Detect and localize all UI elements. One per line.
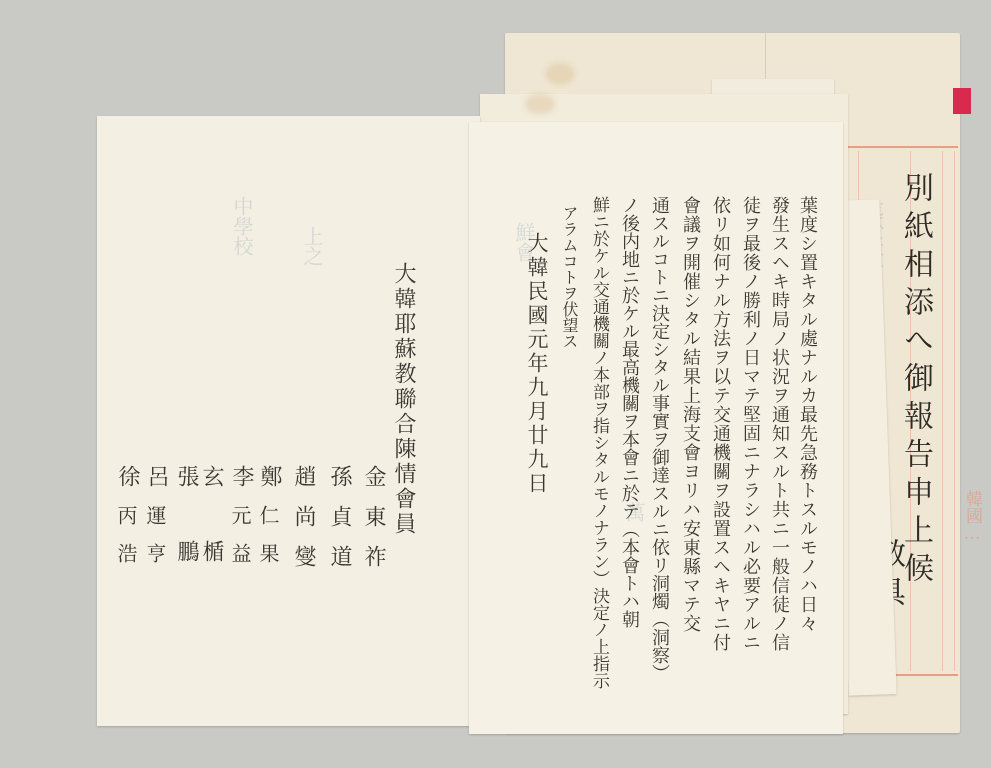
member-surname: 金	[362, 465, 384, 505]
member-surname: 呂	[145, 465, 167, 505]
bleed-through-text: 上之	[297, 226, 327, 266]
member-surname: 李	[230, 465, 252, 505]
member-given-name: 運亨	[145, 505, 165, 581]
letter-column: 鮮ニ於ケル交通機關ノ本部ヲ指シタルモノナラン）決定ノ上指示	[590, 196, 607, 689]
letter-column: 徒ヲ最後ノ勝利ノ日マテ堅固ニナラシハル必要アルニ	[741, 196, 759, 652]
member-given-name: 尚燮	[292, 505, 314, 585]
letter-column: 通スルコトニ決定シタル事實ヲ御達スルニ依リ洞燭（洞察）	[650, 196, 668, 682]
ruled-line-top	[848, 146, 958, 148]
member-surname: 張	[175, 465, 197, 505]
stationery-imprint: 韓國…	[960, 490, 985, 544]
letter-column: 發生スヘキ時局ノ状況ヲ通知スルト共ニ一般信徒ノ信	[770, 196, 788, 652]
ruled-line	[942, 151, 943, 671]
letter-column: ノ後内地ニ於ケル最高機關ヲ本會ニ於テ（本會トハ朝	[620, 196, 638, 628]
member-surname: 徐	[116, 465, 138, 505]
member-given-name: 丙浩	[116, 505, 136, 581]
foxing-stain	[525, 94, 555, 114]
bleed-through-text: 中學校	[227, 196, 257, 256]
member-given-name: 貞道	[328, 505, 350, 585]
member-surname: 鄭	[258, 465, 280, 505]
member-given-name: 仁果	[258, 505, 278, 581]
cover-closing-line: 別紙相添へ御報告申上候	[900, 172, 930, 590]
letter-date: 大韓民國元年九月廿九日	[526, 232, 547, 496]
member-surname: 孫	[328, 465, 350, 505]
member-given-name: 東祚	[362, 505, 384, 585]
foxing-stain	[545, 63, 575, 85]
member-surname: 趙	[292, 465, 314, 505]
signatory-page: 中學校 上之	[97, 116, 480, 726]
member-given-name: 元益	[230, 505, 250, 581]
member-given-name: 鵬	[175, 540, 197, 562]
member-surname: 玄	[200, 465, 222, 505]
letter-column: 會議ヲ開催シタル結果上海支會ヨリハ安東縣マテ交	[681, 196, 699, 633]
letter-column: 葉度シ置キタル處ナルカ最先急務トスルモノハ日々	[798, 196, 816, 633]
letter-column: 依リ如何ナル方法ヲ以テ交通機關ヲ設置スヘキヤニ付	[711, 196, 729, 652]
fold-crease	[765, 33, 766, 83]
red-index-tab[interactable]	[953, 88, 971, 114]
member-given-name: 楯	[200, 540, 222, 562]
organization-name: 大韓耶蘇教聯合陳情會員	[392, 262, 414, 537]
letter-column: アラムコトヲ伏望ス	[561, 205, 577, 349]
ruled-line	[954, 151, 955, 671]
